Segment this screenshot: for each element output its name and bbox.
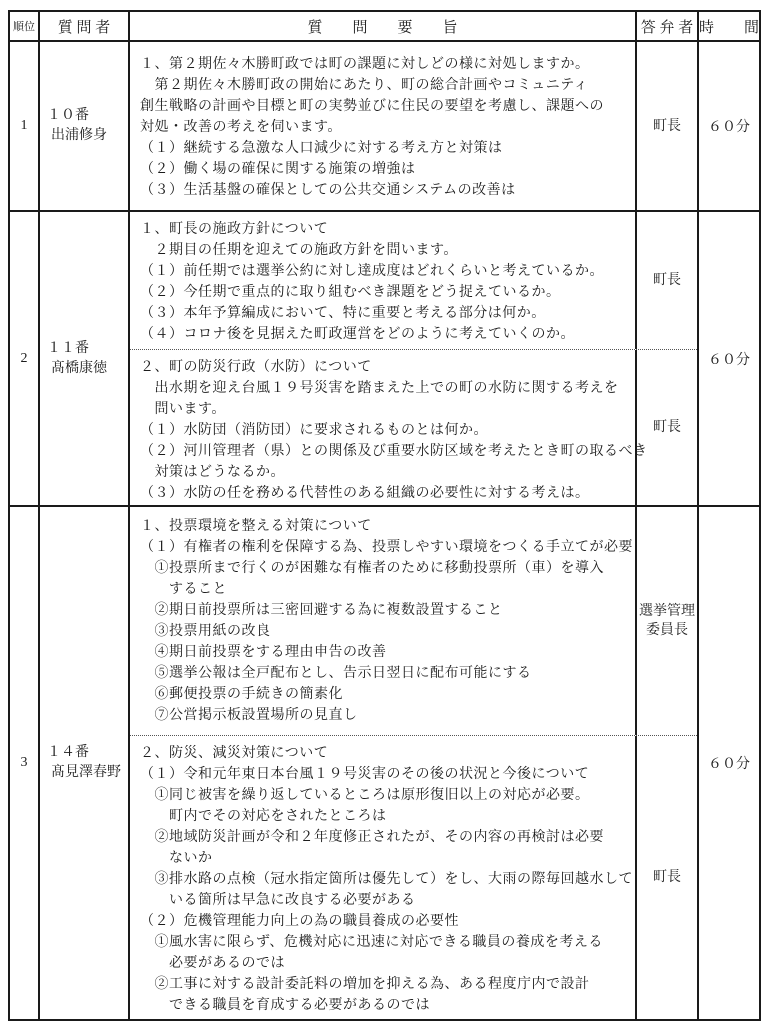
header-time: 時 間: [699, 12, 759, 40]
question-text: １、町長の施政方針について ２期目の任期を迎えての施政方針を問います。 （１）前…: [130, 212, 637, 349]
question-section: ２、防災、減災対策について （１）令和元年東日本台風１９号災害のその後の状況と今…: [130, 735, 697, 1019]
question-text: １、第２期佐々木勝町政では町の課題に対しどの様に対処しますか。 第２期佐々木勝町…: [130, 42, 637, 210]
table-header-row: 順位 質 問 者 質 問 要 旨 答 弁 者 時 間: [10, 12, 759, 42]
table-row-2: 2 １１番 髙橋康徳 １、町長の施政方針について ２期目の任期を迎えての施政方針…: [10, 212, 759, 507]
header-questioner: 質 問 者: [40, 12, 130, 40]
header-question-summary: 質 問 要 旨: [130, 12, 637, 40]
question-sections: １、投票環境を整える対策について （１）有権者の権利を保障する為、投票しやすい環…: [130, 507, 699, 1019]
questioner-number: １０番: [47, 106, 128, 126]
table-row-3: 3 １４番 髙見澤春野 １、投票環境を整える対策について （１）有権者の権利を保…: [10, 507, 759, 1019]
questioner-number: １１番: [47, 339, 128, 359]
question-section: １、投票環境を整える対策について （１）有権者の権利を保障する為、投票しやすい環…: [130, 507, 697, 735]
answerer-cell: 町長: [637, 212, 697, 349]
questioner-name: 髙見澤春野: [47, 763, 128, 783]
time-cell: ６０分: [699, 507, 759, 1019]
question-section: １、第２期佐々木勝町政では町の課題に対しどの様に対処しますか。 第２期佐々木勝町…: [130, 42, 697, 210]
question-text: ２、防災、減災対策について （１）令和元年東日本台風１９号災害のその後の状況と今…: [130, 736, 637, 1019]
header-answerer: 答 弁 者: [637, 12, 699, 40]
question-section: ２、町の防災行政（水防）について 出水期を迎え台風１９号災害を踏まえた上での町の…: [130, 349, 697, 505]
question-section: １、町長の施政方針について ２期目の任期を迎えての施政方針を問います。 （１）前…: [130, 212, 697, 349]
general-questions-table: 順位 質 問 者 質 問 要 旨 答 弁 者 時 間 1 １０番 出浦修身 １、…: [8, 10, 761, 1021]
rank-cell: 2: [10, 212, 40, 505]
rank-cell: 3: [10, 507, 40, 1019]
question-text: ２、町の防災行政（水防）について 出水期を迎え台風１９号災害を踏まえた上での町の…: [130, 350, 637, 505]
questioner-cell: １０番 出浦修身: [40, 42, 130, 210]
questioner-name: 出浦修身: [47, 126, 128, 146]
answerer-cell: 町長: [637, 350, 697, 505]
time-cell: ６０分: [699, 212, 759, 505]
answerer-cell: 町長: [637, 42, 697, 210]
table-row-1: 1 １０番 出浦修身 １、第２期佐々木勝町政では町の課題に対しどの様に対処します…: [10, 42, 759, 212]
questioner-cell: １１番 髙橋康徳: [40, 212, 130, 505]
question-sections: １、第２期佐々木勝町政では町の課題に対しどの様に対処しますか。 第２期佐々木勝町…: [130, 42, 699, 210]
question-text: １、投票環境を整える対策について （１）有権者の権利を保障する為、投票しやすい環…: [130, 507, 637, 735]
questioner-number: １４番: [47, 743, 128, 763]
time-cell: ６０分: [699, 42, 759, 210]
rank-cell: 1: [10, 42, 40, 210]
answerer-cell: 町長: [637, 736, 697, 1019]
header-rank: 順位: [10, 12, 40, 40]
question-sections: １、町長の施政方針について ２期目の任期を迎えての施政方針を問います。 （１）前…: [130, 212, 699, 505]
answerer-cell: 選挙管理 委員長: [637, 507, 697, 735]
questioner-name: 髙橋康徳: [47, 359, 128, 379]
questioner-cell: １４番 髙見澤春野: [40, 507, 130, 1019]
